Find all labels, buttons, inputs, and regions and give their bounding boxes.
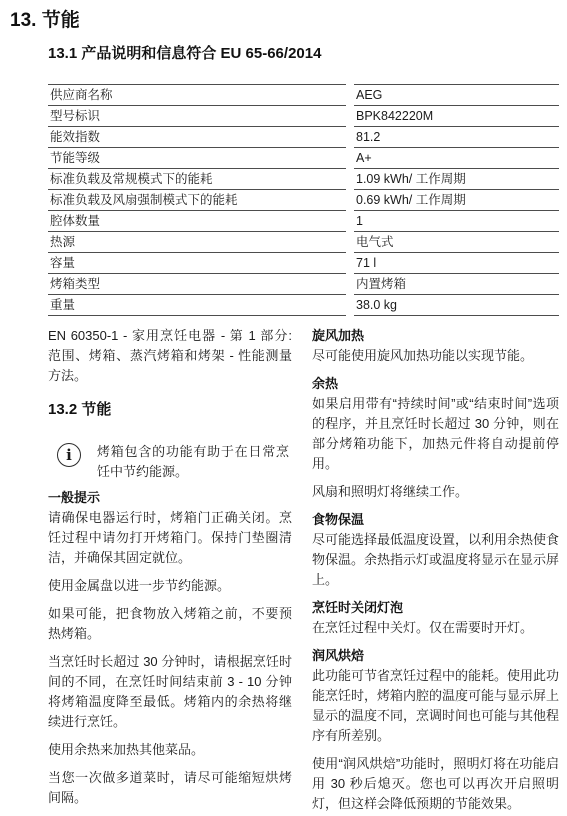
tip-paragraph: 当您一次做多道菜时，请尽可能缩短烘烤间隔。: [48, 768, 292, 808]
table-row: 重量 38.0 kg: [48, 294, 559, 316]
spec-label: 型号标识: [48, 105, 346, 126]
tip-section-lamp-off: 烹饪时关闭灯泡 在烹饪过程中关灯。仅在需要时开灯。: [312, 598, 559, 638]
spec-value: 内置烤箱: [354, 273, 559, 294]
table-row: 腔体数量 1: [48, 210, 559, 231]
info-note: i 烤箱包含的功能有助于在日常烹饪中节约能源。: [48, 442, 292, 482]
info-note-text: 烤箱包含的功能有助于在日常烹饪中节约能源。: [97, 442, 289, 482]
spec-label: 供应商名称: [48, 84, 346, 105]
spec-value: 71 l: [354, 252, 559, 273]
tip-heading-general: 一般提示: [48, 488, 292, 508]
two-column-text: EN 60350-1 - 家用烹饪电器 - 第 1 部分: 范围、烤箱、蒸汽烤箱…: [48, 326, 559, 816]
manual-page: 13. 节能 13.1 产品说明和信息符合 EU 65-66/2014 供应商名…: [0, 0, 567, 816]
spec-value: AEG: [354, 84, 559, 105]
tip-paragraph: 使用“润风烘焙”功能时，照明灯将在功能启用 30 秒后熄灭。您也可以再次开启照明…: [312, 754, 559, 814]
tip-paragraph: 尽可能使用旋风加热功能以实现节能。: [312, 346, 559, 366]
standard-note: EN 60350-1 - 家用烹饪电器 - 第 1 部分: 范围、烤箱、蒸汽烤箱…: [48, 326, 292, 386]
tip-heading: 食物保温: [312, 510, 559, 530]
tip-section-moist-baking: 润风烘焙 此功能可节省烹饪过程中的能耗。使用此功能烹饪时，烤箱内腔的温度可能与显…: [312, 646, 559, 814]
table-row: 节能等级 A+: [48, 147, 559, 168]
tip-paragraph: 如果启用带有“持续时间”或“结束时间”选项的程序，并且烹饪时长超过 30 分钟，…: [312, 394, 559, 474]
tip-heading: 旋风加热: [312, 326, 559, 346]
tip-heading: 余热: [312, 374, 559, 394]
spec-label: 节能等级: [48, 147, 346, 168]
tip-paragraph: 风扇和照明灯将继续工作。: [312, 482, 559, 502]
table-row: 能效指数 81.2: [48, 126, 559, 147]
tip-paragraph: 如果可能，把食物放入烤箱之前，不要预热烤箱。: [48, 604, 292, 644]
info-icon: i: [57, 443, 81, 467]
product-spec-table: 供应商名称 AEG 型号标识 BPK842220M 能效指数 81.2 节能等级…: [48, 84, 559, 316]
table-row: 型号标识 BPK842220M: [48, 105, 559, 126]
tip-section-residual-heat: 余热 如果启用带有“持续时间”或“结束时间”选项的程序，并且烹饪时长超过 30 …: [312, 374, 559, 502]
tip-paragraph: 此功能可节省烹饪过程中的能耗。使用此功能烹饪时，烤箱内腔的温度可能与显示屏上显示…: [312, 666, 559, 746]
spec-value: 38.0 kg: [354, 294, 559, 316]
spec-value: BPK842220M: [354, 105, 559, 126]
table-row: 烤箱类型 内置烤箱: [48, 273, 559, 294]
left-column: EN 60350-1 - 家用烹饪电器 - 第 1 部分: 范围、烤箱、蒸汽烤箱…: [48, 326, 292, 816]
spec-value: 1: [354, 210, 559, 231]
spec-label: 重量: [48, 294, 346, 316]
tip-paragraph: 使用金属盘以进一步节约能源。: [48, 576, 292, 596]
tip-heading: 润风烘焙: [312, 646, 559, 666]
tip-heading: 烹饪时关闭灯泡: [312, 598, 559, 618]
spec-label: 热源: [48, 231, 346, 252]
spec-value: 81.2: [354, 126, 559, 147]
chapter-title: 13. 节能: [10, 8, 559, 34]
page-content: 13.1 产品说明和信息符合 EU 65-66/2014 供应商名称 AEG 型…: [48, 44, 559, 816]
table-row: 热源 电气式: [48, 231, 559, 252]
table-row: 供应商名称 AEG: [48, 84, 559, 105]
spec-value: 1.09 kWh/ 工作周期: [354, 168, 559, 189]
spec-label: 腔体数量: [48, 210, 346, 231]
tip-paragraph: 在烹饪过程中关灯。仅在需要时开灯。: [312, 618, 559, 638]
spec-label: 烤箱类型: [48, 273, 346, 294]
tip-paragraph: 尽可能选择最低温度设置，以利用余热使食物保温。余热指示灯或温度将显示在显示屏上。: [312, 530, 559, 590]
spec-label: 容量: [48, 252, 346, 273]
section-energy-title: 13.2 节能: [48, 400, 292, 420]
table-row: 标准负载及风扇强制模式下的能耗 0.69 kWh/ 工作周期: [48, 189, 559, 210]
right-column: 旋风加热 尽可能使用旋风加热功能以实现节能。 余热 如果启用带有“持续时间”或“…: [312, 326, 559, 816]
tip-paragraph: 请确保电器运行时，烤箱门正确关闭。烹饪过程中请勿打开烤箱门。保持门垫圈清洁，并确…: [48, 508, 292, 568]
table-row: 标准负载及常规模式下的能耗 1.09 kWh/ 工作周期: [48, 168, 559, 189]
table-row: 容量 71 l: [48, 252, 559, 273]
tip-paragraph: 当烹饪时长超过 30 分钟时，请根据烹饪时间的不同，在烹饪时间结束前 3 - 1…: [48, 652, 292, 732]
spec-label: 标准负载及风扇强制模式下的能耗: [48, 189, 346, 210]
spec-value: 电气式: [354, 231, 559, 252]
tip-section-fan-heating: 旋风加热 尽可能使用旋风加热功能以实现节能。: [312, 326, 559, 366]
spec-value: 0.69 kWh/ 工作周期: [354, 189, 559, 210]
spec-label: 标准负载及常规模式下的能耗: [48, 168, 346, 189]
spec-value: A+: [354, 147, 559, 168]
section-product-title: 13.1 产品说明和信息符合 EU 65-66/2014: [48, 44, 559, 64]
tip-section-keep-food-warm: 食物保温 尽可能选择最低温度设置，以利用余热使食物保温。余热指示灯或温度将显示在…: [312, 510, 559, 590]
tip-paragraph: 使用余热来加热其他菜品。: [48, 740, 292, 760]
spec-label: 能效指数: [48, 126, 346, 147]
